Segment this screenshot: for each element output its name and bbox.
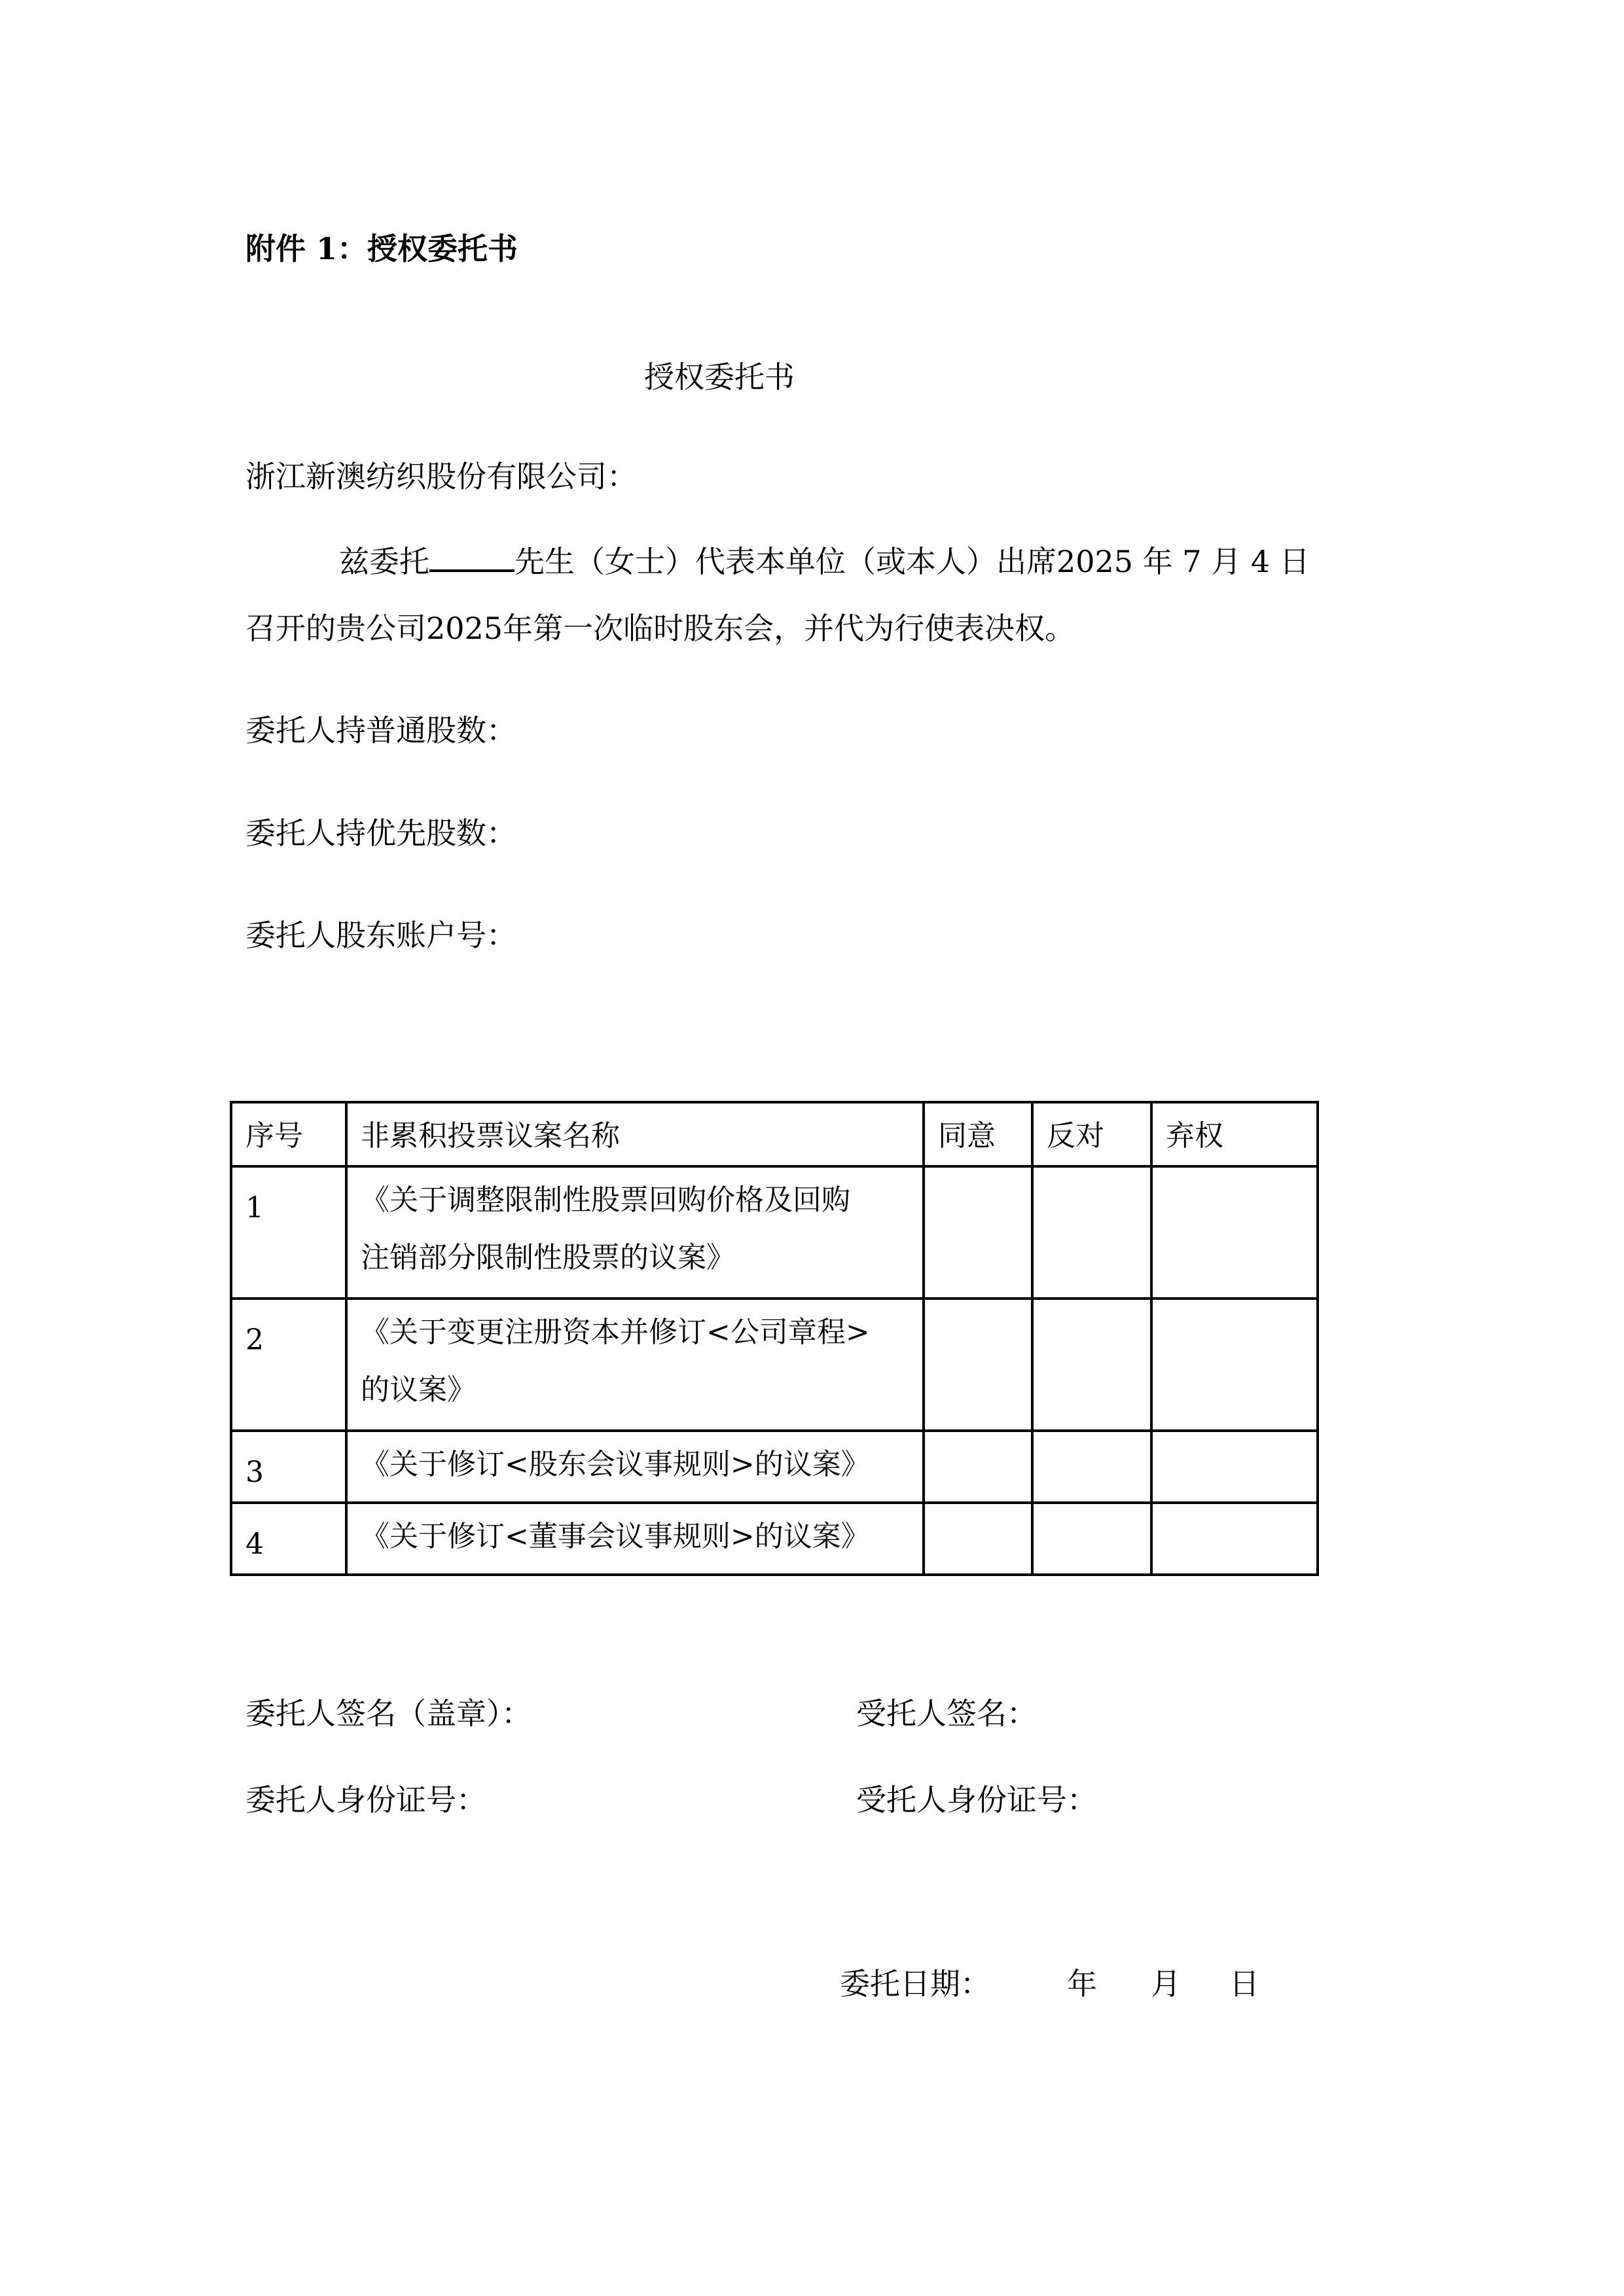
oppose-cell[interactable] bbox=[1032, 1166, 1151, 1299]
header-no: 序号 bbox=[231, 1102, 346, 1166]
agree-cell[interactable] bbox=[924, 1299, 1032, 1431]
voting-table: 序号 非累积投票议案名称 同意 反对 弃权 1 《关于调整限制性股票回购价格及回… bbox=[230, 1101, 1319, 1576]
proxy-name-blank[interactable] bbox=[429, 543, 514, 572]
row-proposal-name: 《关于修订<董事会议事规则>的议案》 bbox=[346, 1503, 924, 1575]
table-row: 2 《关于变更注册资本并修订<公司章程> 的议案》 bbox=[231, 1299, 1318, 1431]
addressee: 浙江新澳纺织股份有限公司： bbox=[245, 458, 637, 495]
table-header-row: 序号 非累积投票议案名称 同意 反对 弃权 bbox=[231, 1102, 1318, 1166]
header-proposal-name: 非累积投票议案名称 bbox=[346, 1102, 924, 1166]
date-year: 年 bbox=[1067, 1965, 1097, 2002]
header-oppose: 反对 bbox=[1032, 1102, 1151, 1166]
row-proposal-name: 《关于修订<股东会议事规则>的议案》 bbox=[346, 1431, 924, 1503]
body-line-1: 兹委托先生（女士）代表本单位（或本人）出席2025 年 7 月 4 日 bbox=[339, 543, 1310, 580]
principal-signature-label: 委托人签名（盖章）： bbox=[245, 1695, 532, 1732]
row-no: 2 bbox=[231, 1299, 346, 1431]
account-number-field: 委托人股东账户号： bbox=[245, 917, 516, 954]
attachment-heading: 附件 1：授权委托书 bbox=[245, 230, 518, 267]
oppose-cell[interactable] bbox=[1032, 1299, 1151, 1431]
row-no: 1 bbox=[231, 1166, 346, 1299]
agent-signature-label: 受托人签名： bbox=[856, 1695, 1037, 1732]
proposal-name-line: 的议案》 bbox=[361, 1361, 909, 1419]
table-row: 1 《关于调整限制性股票回购价格及回购 注销部分限制性股票的议案》 bbox=[231, 1166, 1318, 1299]
agree-cell[interactable] bbox=[924, 1503, 1032, 1575]
header-agree: 同意 bbox=[924, 1102, 1032, 1166]
row-proposal-name: 《关于变更注册资本并修订<公司章程> 的议案》 bbox=[346, 1299, 924, 1431]
oppose-cell[interactable] bbox=[1032, 1503, 1151, 1575]
row-proposal-name: 《关于调整限制性股票回购价格及回购 注销部分限制性股票的议案》 bbox=[346, 1166, 924, 1299]
agree-cell[interactable] bbox=[924, 1431, 1032, 1503]
agent-id-label: 受托人身份证号： bbox=[856, 1782, 1097, 1818]
abstain-cell[interactable] bbox=[1151, 1166, 1318, 1299]
header-abstain: 弃权 bbox=[1151, 1102, 1318, 1166]
proposal-name-line: 《关于调整限制性股票回购价格及回购 bbox=[361, 1172, 909, 1229]
date-month: 月 bbox=[1151, 1965, 1181, 2002]
preferred-shares-field: 委托人持优先股数： bbox=[245, 815, 516, 852]
common-shares-field: 委托人持普通股数： bbox=[245, 712, 516, 749]
oppose-cell[interactable] bbox=[1032, 1431, 1151, 1503]
abstain-cell[interactable] bbox=[1151, 1299, 1318, 1431]
table-row: 3 《关于修订<股东会议事规则>的议案》 bbox=[231, 1431, 1318, 1503]
abstain-cell[interactable] bbox=[1151, 1503, 1318, 1575]
principal-id-label: 委托人身份证号： bbox=[245, 1782, 486, 1818]
body-line-1-prefix: 兹委托 bbox=[339, 544, 429, 579]
body-line-2: 召开的贵公司2025年第一次临时股东会，并代为行使表决权。 bbox=[245, 610, 1075, 647]
table-row: 4 《关于修订<董事会议事规则>的议案》 bbox=[231, 1503, 1318, 1575]
row-no: 3 bbox=[231, 1431, 346, 1503]
document-title: 授权委托书 bbox=[644, 359, 795, 395]
proposal-name-line: 《关于变更注册资本并修订<公司章程> bbox=[361, 1304, 909, 1361]
proposal-name-line: 注销部分限制性股票的议案》 bbox=[361, 1229, 909, 1287]
abstain-cell[interactable] bbox=[1151, 1431, 1318, 1503]
proxy-date-label: 委托日期： bbox=[840, 1965, 990, 2002]
agree-cell[interactable] bbox=[924, 1166, 1032, 1299]
body-line-1-suffix: 先生（女士）代表本单位（或本人）出席2025 年 7 月 4 日 bbox=[514, 544, 1310, 579]
date-day: 日 bbox=[1229, 1965, 1259, 2002]
row-no: 4 bbox=[231, 1503, 346, 1575]
